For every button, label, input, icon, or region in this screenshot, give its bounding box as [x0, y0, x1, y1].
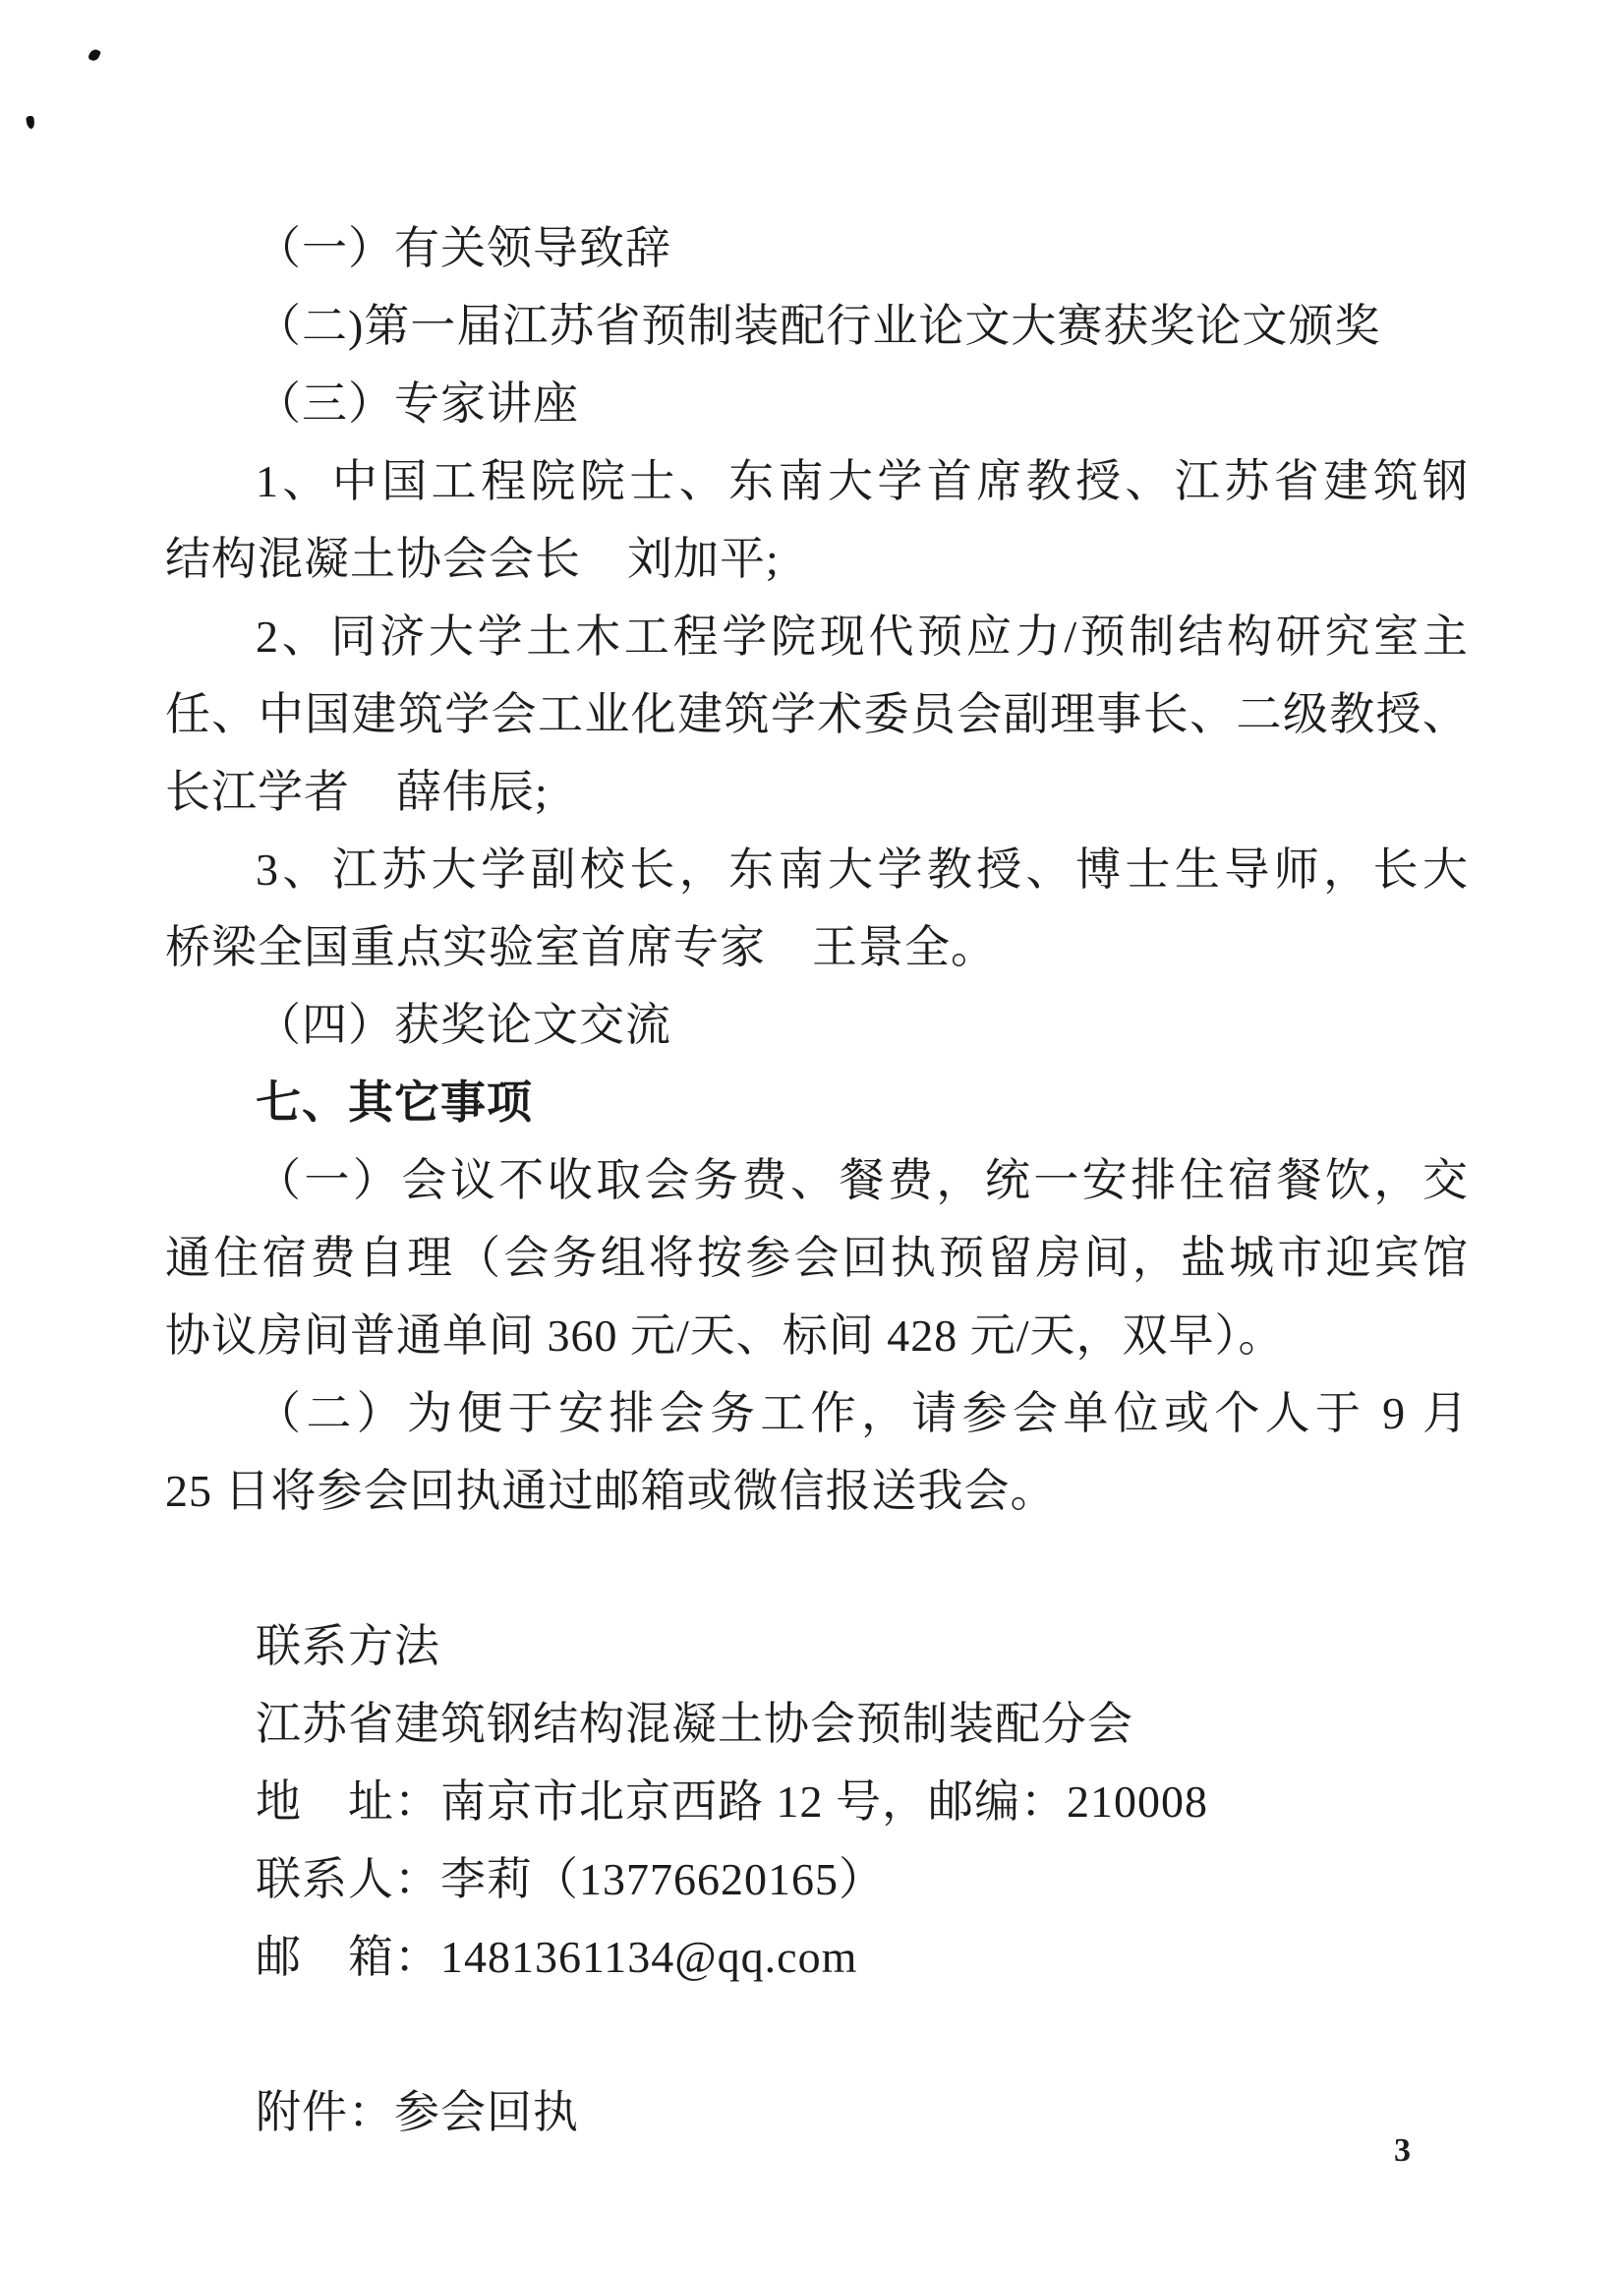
text-line: 邮 箱：1481361134@qq.com — [165, 1918, 1469, 1996]
text-line: 联系方法 — [165, 1607, 1469, 1685]
page-number: 3 — [1394, 2131, 1411, 2171]
text-line: 通住宿费自理（会务组将按参会回执预留房间，盐城市迎宾馆 — [165, 1219, 1469, 1297]
text-line: 地 址：南京市北京西路 12 号，邮编：210008 — [165, 1763, 1469, 1840]
text-line: （一）有关领导致辞 — [165, 209, 1469, 287]
text-line: 结构混凝土协会会长 刘加平; — [165, 520, 1469, 598]
scan-artifact-speck — [26, 116, 35, 130]
text-line: 25 日将参会回执通过邮箱或微信报送我会。 — [165, 1452, 1469, 1530]
text-line: （二)第一届江苏省预制装配行业论文大赛获奖论文颁奖 — [165, 287, 1469, 365]
text-line: 2、同济大学土木工程学院现代预应力/预制结构研究室主 — [165, 598, 1469, 675]
text-line: （一）会议不收取会务费、餐费，统一安排住宿餐饮，交 — [165, 1141, 1469, 1219]
text-line: 长江学者 薛伟辰; — [165, 753, 1469, 831]
text-line: （二）为便于安排会务工作，请参会单位或个人于 9 月 — [165, 1374, 1469, 1452]
document-body: （一）有关领导致辞（二)第一届江苏省预制装配行业论文大赛获奖论文颁奖（三）专家讲… — [165, 209, 1469, 2151]
text-line: 江苏省建筑钢结构混凝土协会预制装配分会 — [165, 1685, 1469, 1763]
text-line: （四）获奖论文交流 — [165, 986, 1469, 1064]
text-line: 协议房间普通单间 360 元/天、标间 428 元/天，双早）。 — [165, 1297, 1469, 1374]
text-line: 七、其它事项 — [165, 1064, 1469, 1141]
scanned-document-page: （一）有关领导致辞（二)第一届江苏省预制装配行业论文大赛获奖论文颁奖（三）专家讲… — [0, 0, 1624, 2269]
text-line: 附件：参会回执 — [165, 2073, 1469, 2151]
text-line: 联系人：李莉（13776620165） — [165, 1840, 1469, 1918]
text-line: 任、中国建筑学会工业化建筑学术委员会副理事长、二级教授、 — [165, 675, 1469, 753]
text-line: （三）专家讲座 — [165, 365, 1469, 442]
text-line: 桥梁全国重点实验室首席专家 王景全。 — [165, 908, 1469, 986]
text-line: 3、江苏大学副校长，东南大学教授、博士生导师，长大 — [165, 831, 1469, 908]
scan-artifact-speck — [87, 47, 101, 62]
text-line: 1、中国工程院院士、东南大学首席教授、江苏省建筑钢 — [165, 442, 1469, 520]
